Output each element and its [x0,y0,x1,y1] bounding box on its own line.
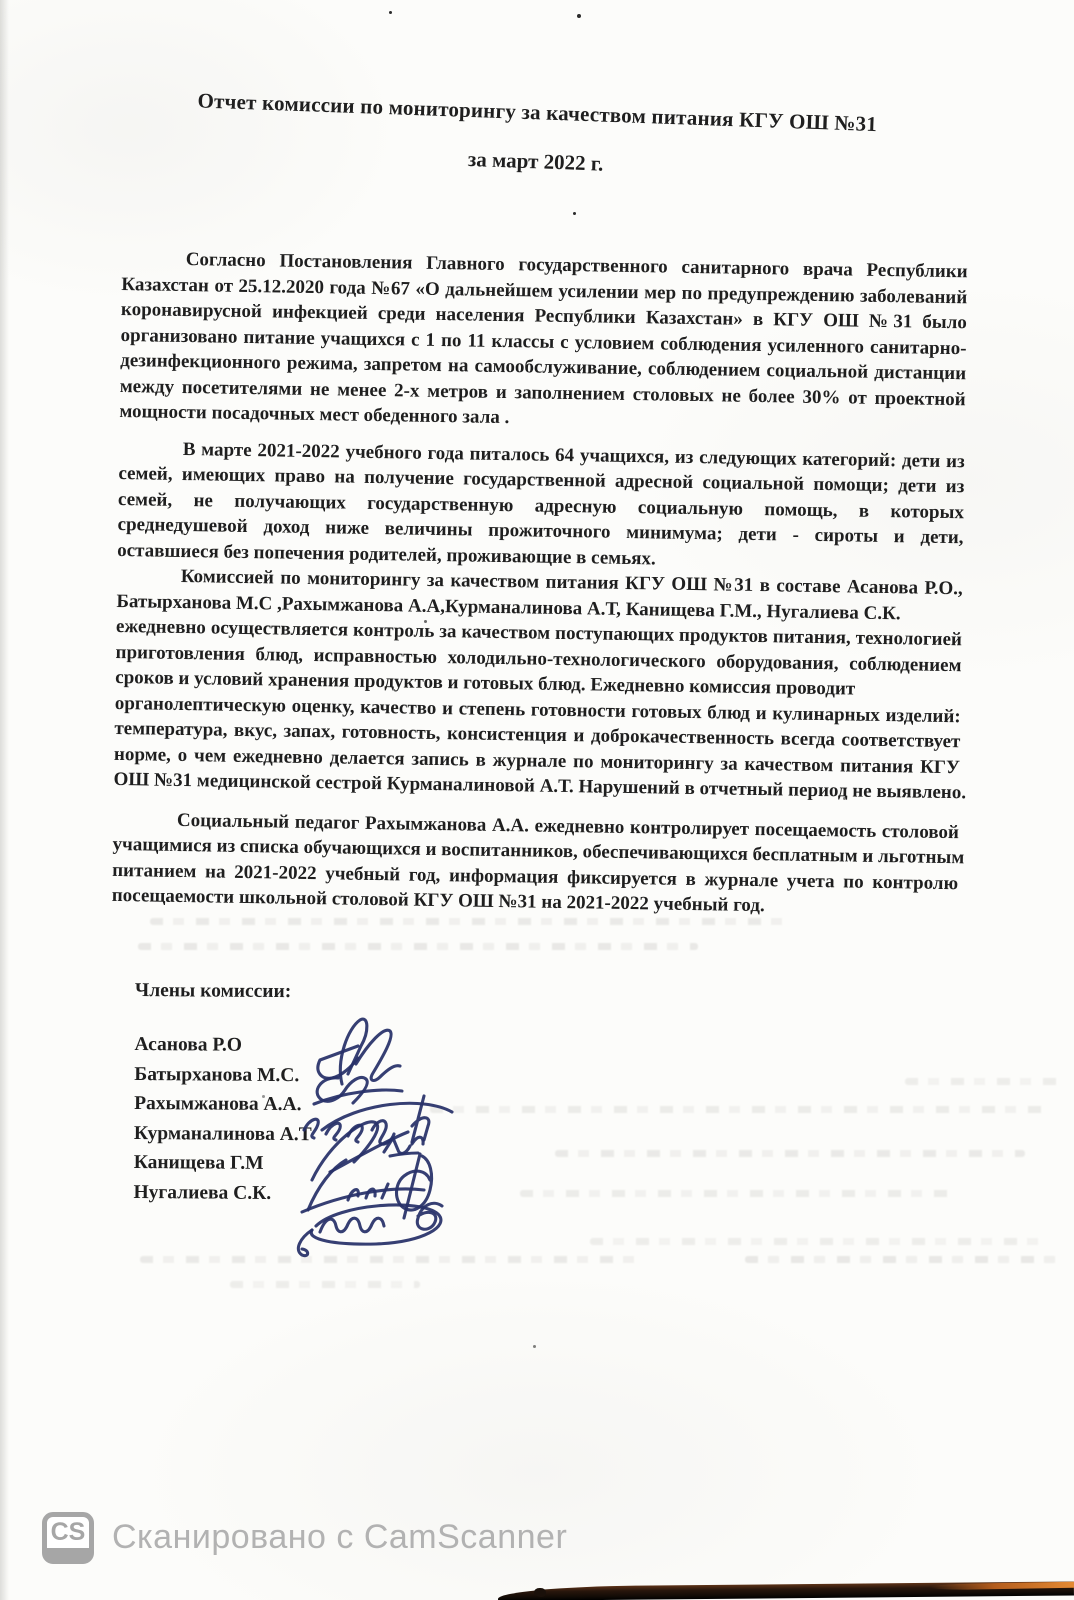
camscanner-icon-label: CS [47,1518,89,1547]
paragraph: Согласно Постановления Главного государс… [119,246,968,438]
paragraph: В марте 2021-2022 учебного года питалось… [117,435,965,576]
signature-nugalieva [298,1203,442,1255]
ghost-text-line [230,1281,420,1288]
camscanner-watermark: CS Сканировано с CamScanner [0,1494,700,1584]
ink-speck [573,212,576,215]
ghost-text-line [745,1256,1065,1263]
page-subtitle: за март 2022 г. [125,135,945,189]
ink-speck [389,11,392,14]
ink-speck [843,797,846,800]
paragraph: Социальный педагог Рахымжанова А.А. ежед… [112,806,959,921]
page-title: Отчет комиссии по мониторингу за качеств… [127,86,947,140]
ghost-text-line [590,1238,1040,1245]
camscanner-watermark-text: Сканировано с CamScanner [112,1518,567,1557]
signatures-overlay [272,1002,482,1262]
signature-batyrkhanova [314,1077,402,1104]
document-header: Отчет комиссии по мониторингу за качеств… [125,86,947,189]
camscanner-icon-footer [47,1548,89,1559]
ink-speck [262,1095,265,1098]
scan-edge-shadow [0,0,9,1600]
ink-speck [577,14,581,18]
document-body: Согласно Постановления Главного государс… [112,246,968,922]
signature-asanova [318,1019,400,1084]
camscanner-icon: CS [42,1512,94,1564]
ghost-text-line [138,943,698,950]
ghost-text-line [905,1078,1065,1085]
signature-rakhymzhanova [304,1096,452,1144]
paragraph: Комиссией по мониторингу за качеством пи… [113,563,963,806]
ghost-text-line [150,918,790,925]
scanned-document-page: Отчет комиссии по мониторингу за качеств… [0,0,1074,1600]
table-edge-blob [534,1588,546,1597]
ink-speck [424,620,427,623]
ink-speck [533,1345,536,1348]
